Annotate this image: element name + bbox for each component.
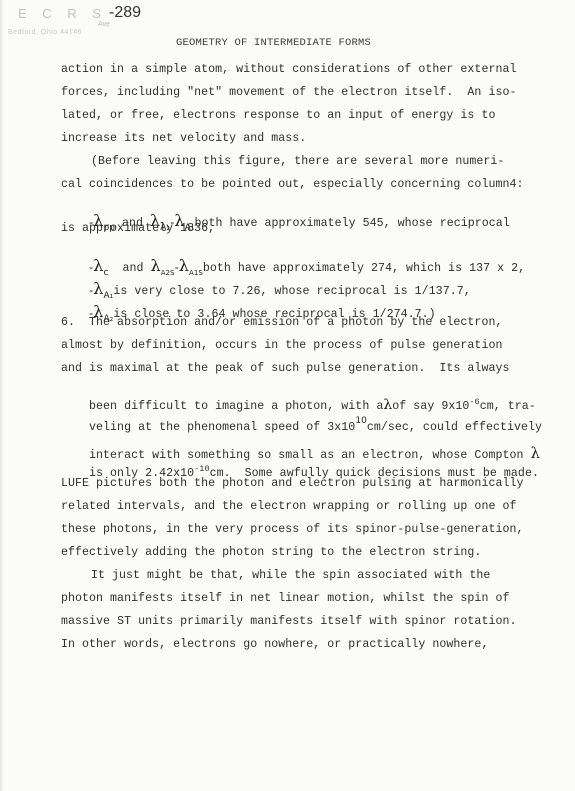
archive-stamp-address: Bedford, Ohio 44146 [8, 29, 82, 36]
text-line: these photons, in the very process of it… [61, 523, 524, 536]
page-title: GEOMETRY OF INTERMEDIATE FORMS [176, 37, 371, 49]
text-line: LUFE pictures both the photon and electr… [61, 477, 524, 490]
text-line: photon manifests itself in net linear mo… [61, 592, 509, 605]
text-line: forces, including "net" movement of the … [61, 86, 516, 99]
text-line: In other words, electrons go nowhere, or… [61, 638, 488, 651]
document-page: E C R S -289 Ave Bedford, Ohio 44146 GEO… [0, 0, 575, 791]
archive-stamp-id: E C R S [18, 6, 107, 21]
archive-stamp-ave: Ave [98, 21, 110, 28]
text-line: almost by definition, occurs in the proc… [61, 339, 502, 352]
document-number: -289 [109, 4, 141, 22]
text-line: and is maximal at the peak of such pulse… [61, 362, 509, 375]
scan-edge [0, 0, 4, 791]
text-line: It just might be that, while the spin as… [91, 569, 490, 582]
text-line: lated, or free, electrons response to an… [61, 109, 495, 122]
text-line: 6. The absorption and/or emission of a p… [61, 316, 502, 329]
text-line: increase its net velocity and mass. [61, 132, 306, 145]
coincidence-line-1: -λpp and λA₂-λA₁both have approximately … [61, 198, 510, 243]
text-line: effectively adding the photon string to … [61, 546, 481, 559]
text-line: is approximately 1836, [61, 222, 215, 235]
text-line: related intervals, and the electron wrap… [61, 500, 516, 513]
text-line: cal coincidences to be pointed out, espe… [61, 178, 524, 191]
text-line: massive ST units primarily manifests its… [61, 615, 516, 628]
text-line: (Before leaving this figure, there are s… [91, 155, 504, 168]
text-line: action in a simple atom, without conside… [61, 63, 516, 76]
